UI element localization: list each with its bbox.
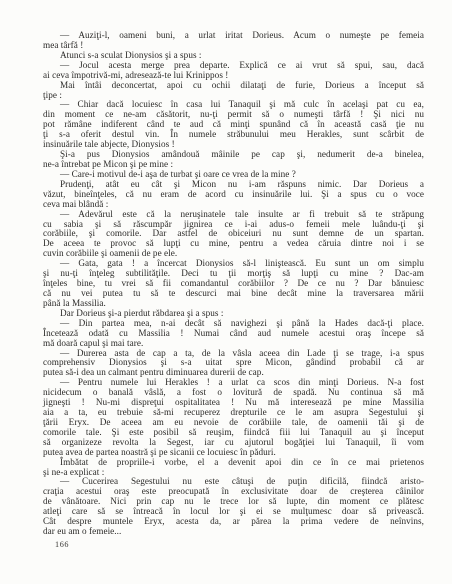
- page-number: 166: [55, 540, 69, 549]
- book-page: — Auziţi-l, oameni buni, a urlat iritat …: [0, 0, 452, 584]
- text-line: Mai întâi deconcertat, apoi cu ochii dil…: [43, 81, 424, 91]
- text-line: — Auziţi-l, oameni buni, a urlat iritat …: [43, 31, 424, 41]
- text-line: dar eu am o femeie...: [43, 527, 424, 537]
- text-line: mă doară capul şi mai tare.: [43, 339, 424, 349]
- text-block: — Auziţi-l, oameni buni, a urlat iritat …: [43, 31, 424, 537]
